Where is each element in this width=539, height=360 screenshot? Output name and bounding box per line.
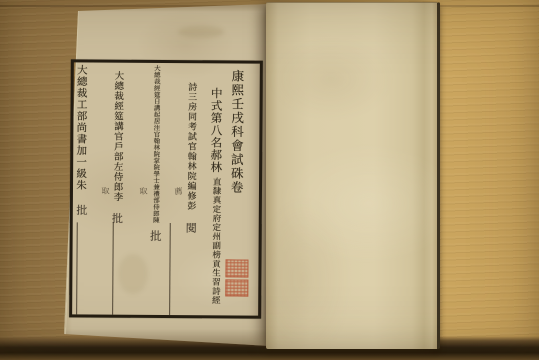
side-note-qu-1: 取	[138, 187, 149, 195]
column-divider-line	[169, 223, 171, 315]
red-collector-seal	[225, 259, 248, 296]
chief-examiner-3-column: 大總裁工部尚書加一級朱批	[75, 64, 88, 215]
verdict-mark-yue: 閱	[184, 222, 197, 233]
chief-examiner-1-column: 大總裁經筵日講起居注官翰林院掌院學士兼禮部侍郎陳批	[150, 65, 163, 242]
candidate-column: 中式第八名郝林直隸真定府定州副榜貢生習詩經	[209, 87, 223, 305]
verdict-mark-pi-1: 批	[149, 230, 163, 242]
volume-title-column: 康熙壬戌科會試硃卷	[230, 69, 244, 194]
printed-text-frame: 康熙壬戌科會試硃卷 中式第八名郝林直隸真定府定州副榜貢生習詩經 詩三房同考試官翰…	[69, 59, 263, 318]
seal-lower-square	[225, 279, 248, 297]
chief-examiner-3-title: 大總裁工部尚書加一級朱	[75, 64, 88, 191]
chief-examiner-2-column: 大總裁經筵講官戶部左侍郎李批	[111, 71, 124, 224]
side-note-jian: 薦	[173, 187, 184, 195]
verdict-mark-pi-2: 批	[110, 213, 123, 224]
candidate-rank-and-name: 中式第八名郝林	[209, 87, 224, 173]
associate-examiner-column: 詩三房同考試官翰林院編修彭閱	[185, 82, 198, 233]
column-divider-line	[76, 222, 78, 314]
photo-of-examination-book: 會試硃卷 康熙壬戌科會試硃卷 中式第八名郝林直隸真定府定州副榜貢生習詩經 詩三房…	[0, 0, 539, 360]
side-note-qu-2: 取	[100, 186, 111, 194]
right-blank-page	[266, 2, 440, 349]
verdict-mark-pi-3: 批	[75, 204, 88, 215]
paper-stain	[178, 26, 224, 38]
chief-examiner-2-title: 大總裁經筵講官戶部左侍郎李	[111, 71, 123, 202]
candidate-origin-detail: 直隸真定府定州副榜貢生習詩經	[210, 177, 221, 304]
associate-examiner-title: 詩三房同考試官翰林院編修彭	[185, 82, 196, 211]
seal-upper-square	[225, 259, 248, 277]
column-divider-line	[112, 223, 114, 315]
chief-examiner-1-title: 大總裁經筵日講起居注官翰林院掌院學士兼禮部侍郎陳	[152, 65, 161, 223]
